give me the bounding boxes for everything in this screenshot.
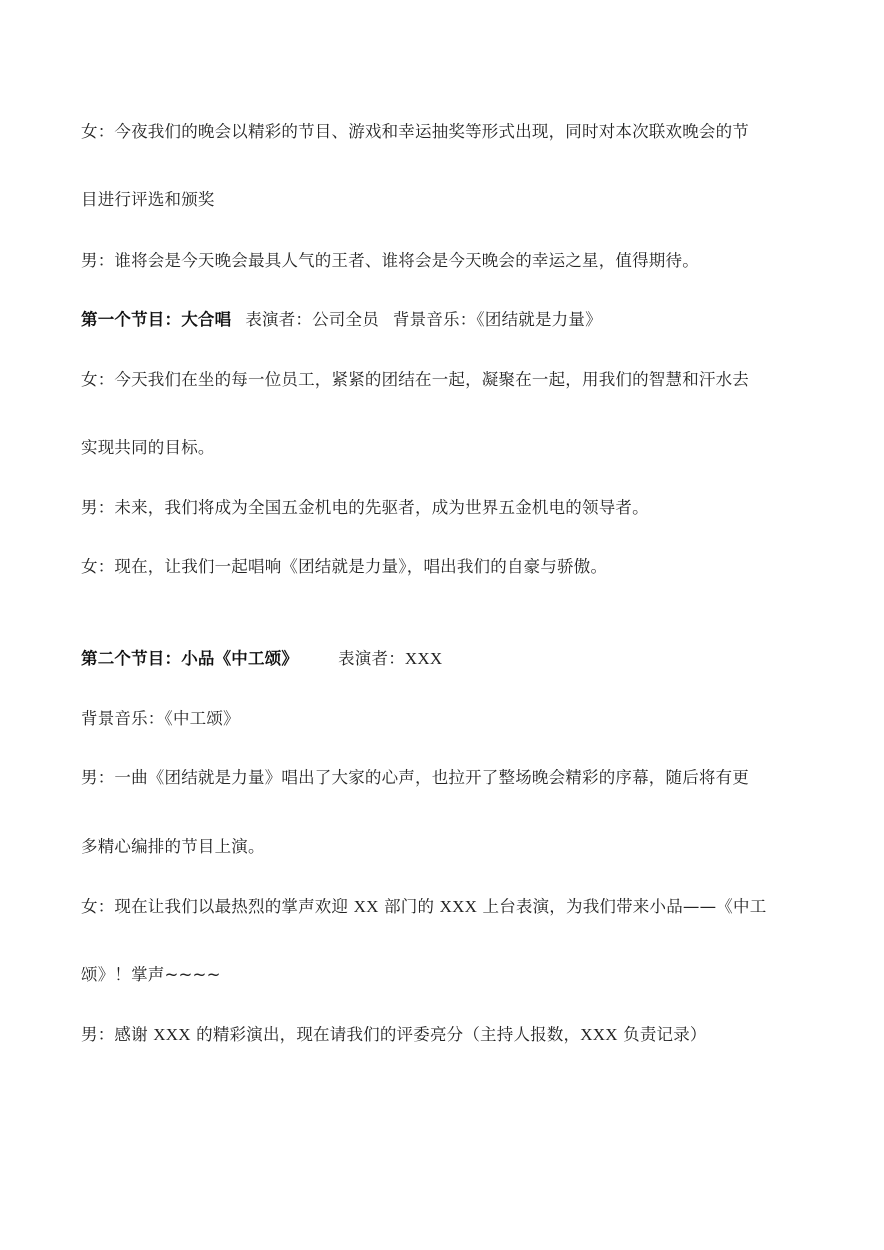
dialogue-line: 女：今天我们在坐的每一位员工，紧紧的团结在一起，凝聚在一起，用我们的智慧和汗水去 [81,369,749,391]
program-title: 第二个节目：小品《中工颂》 [81,649,298,668]
dialogue-line-continued: 多精心编排的节目上演。 [81,836,265,858]
dialogue-text: 现在，让我们一起唱响《团结就是力量》，唱出我们的自豪与骄傲。 [114,557,607,576]
speaker-label: 男： [81,1025,114,1044]
performer-placeholder: XXX [153,1025,190,1044]
dialogue-line: 男：谁将会是今天晚会最具人气的王者、谁将会是今天晚会的幸运之星，值得期待。 [81,250,699,272]
document-page: 女：今夜我们的晚会以精彩的节目、游戏和幸运抽奖等形式出现，同时对本次联欢晚会的节… [0,0,884,1250]
dialogue-text: 颂》！掌声~~~~ [81,965,221,984]
dialogue-text: 上台表演，为我们带来小品——《中工 [477,897,766,916]
program-heading-2: 第二个节目：小品《中工颂》表演者：XXX [81,648,442,670]
dialogue-line: 男：一曲《团结就是力量》唱出了大家的心声，也拉开了整场晚会精彩的序幕，随后将有更 [81,767,749,789]
dialogue-text: 未来，我们将成为全国五金机电的先驱者，成为世界五金机电的领导者。 [114,498,648,517]
speaker-label: 女： [81,370,114,389]
dialogue-text: 负责记录） [618,1025,707,1044]
dialogue-text: 今夜我们的晚会以精彩的节目、游戏和幸运抽奖等形式出现，同时对本次联欢晚会的节 [114,122,749,141]
speaker-label: 男： [81,768,114,787]
speaker-label: 男： [81,251,114,270]
speaker-label: 女： [81,557,114,576]
background-music-line: 背景音乐：《中工颂》 [81,708,240,730]
program-title: 第一个节目：大合唱 [81,310,231,329]
dialogue-text: 一曲《团结就是力量》唱出了大家的心声，也拉开了整场晚会精彩的序幕，随后将有更 [114,768,749,787]
dialogue-text: 感谢 [114,1025,153,1044]
dialogue-line-continued: 实现共同的目标。 [81,437,215,459]
program-heading-1: 第一个节目：大合唱表演者：公司全员背景音乐：《团结就是力量》 [81,309,602,331]
recorder-placeholder: XXX [580,1025,617,1044]
dialogue-text: 部门的 [379,897,440,916]
dialogue-line: 男：感谢 XXX 的精彩演出，现在请我们的评委亮分（主持人报数，XXX 负责记录… [81,1024,707,1046]
dialogue-line: 女：今夜我们的晚会以精彩的节目、游戏和幸运抽奖等形式出现，同时对本次联欢晚会的节 [81,121,749,143]
dialogue-text: 现在让我们以最热烈的掌声欢迎 [114,897,353,916]
department-placeholder: XX [354,897,379,916]
performer-label: 表演者：公司全员 [245,310,379,329]
dialogue-text: 谁将会是今天晚会最具人气的王者、谁将会是今天晚会的幸运之星，值得期待。 [114,251,699,270]
dialogue-text: 今天我们在坐的每一位员工，紧紧的团结在一起，凝聚在一起，用我们的智慧和汗水去 [114,370,749,389]
background-music-label: 背景音乐：《团结就是力量》 [393,310,602,329]
background-music-label: 背景音乐：《中工颂》 [81,709,240,728]
dialogue-text: 的精彩演出，现在请我们的评委亮分（主持人报数， [191,1025,581,1044]
dialogue-line: 男：未来，我们将成为全国五金机电的先驱者，成为世界五金机电的领导者。 [81,497,649,519]
performer-value: XXX [405,649,442,668]
dialogue-line: 女：现在，让我们一起唱响《团结就是力量》，唱出我们的自豪与骄傲。 [81,556,607,578]
performer-label: 表演者： [338,649,405,668]
speaker-label: 女： [81,897,114,916]
dialogue-text: 实现共同的目标。 [81,438,215,457]
dialogue-line-continued: 颂》！掌声~~~~ [81,964,221,986]
performer-placeholder: XXX [440,897,477,916]
speaker-label: 男： [81,498,114,517]
dialogue-text: 目进行评选和颁奖 [81,190,215,209]
speaker-label: 女： [81,122,114,141]
dialogue-line-continued: 目进行评选和颁奖 [81,189,215,211]
dialogue-line: 女：现在让我们以最热烈的掌声欢迎 XX 部门的 XXX 上台表演，为我们带来小品… [81,896,766,918]
dialogue-text: 多精心编排的节目上演。 [81,837,265,856]
